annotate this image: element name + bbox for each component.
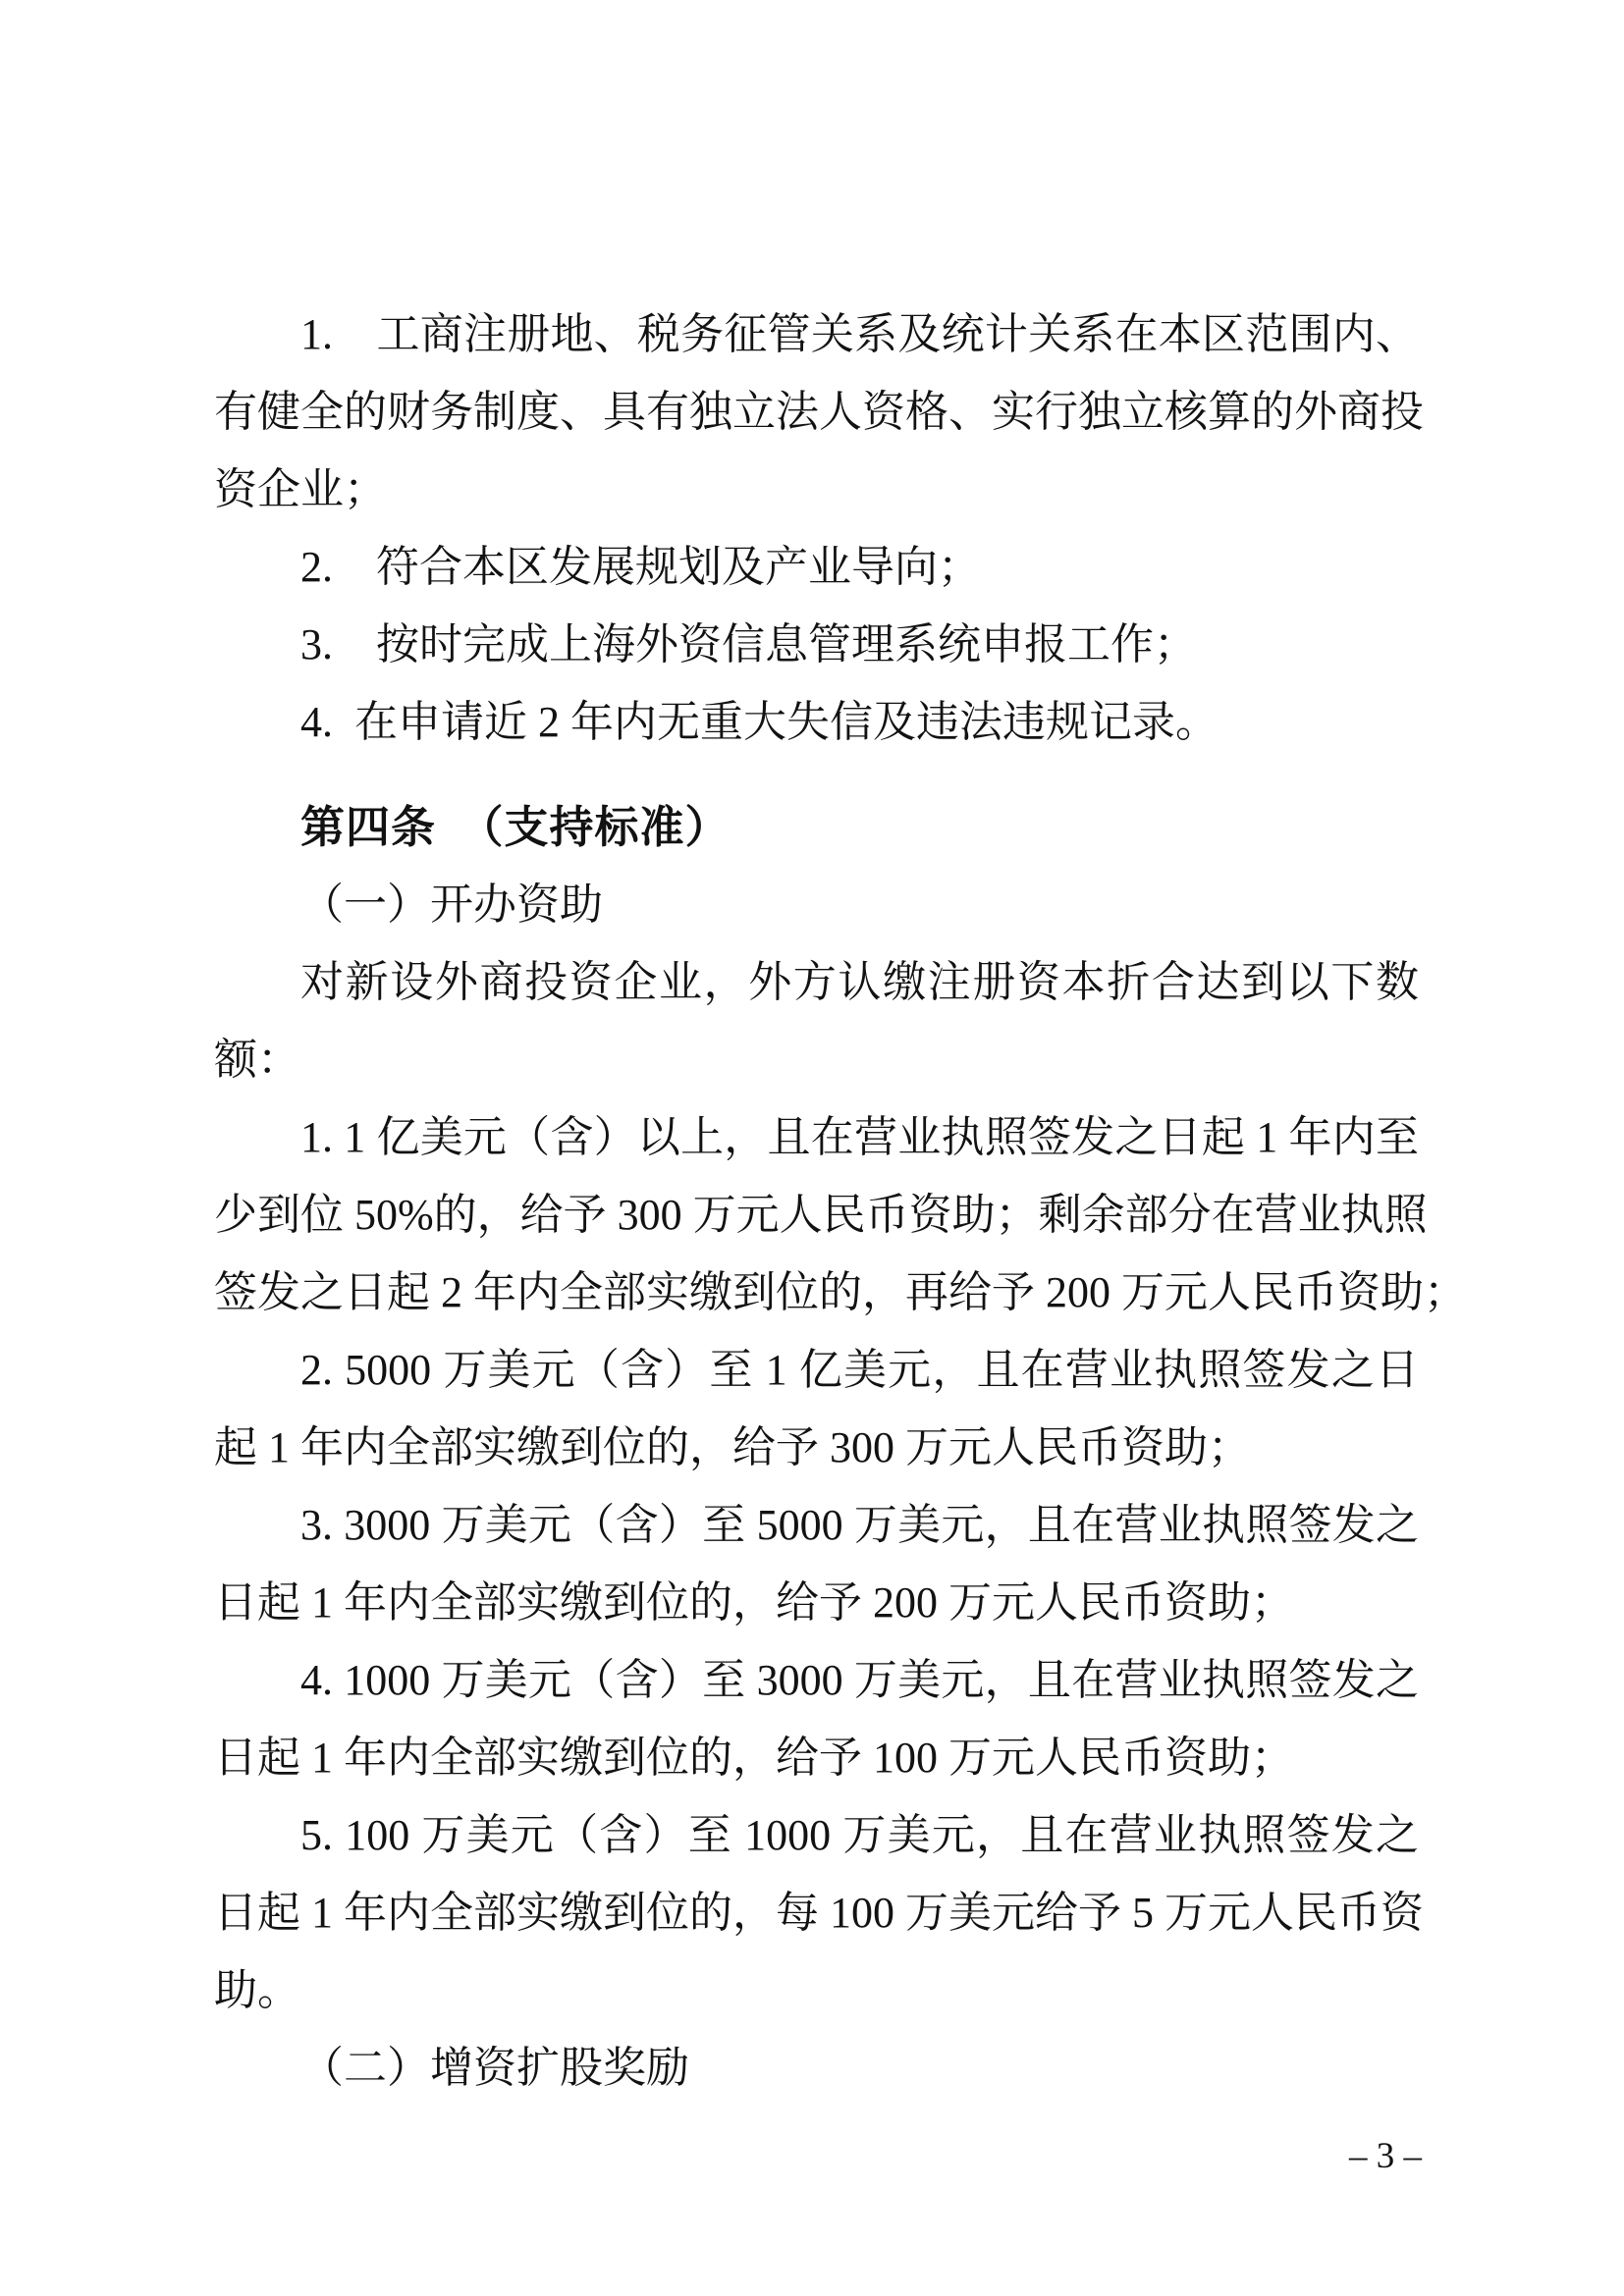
- document-line: 起 1 年内全部实缴到位的，给予 300 万元人民币资助；: [214, 1409, 1419, 1486]
- document-line: 日起 1 年内全部实缴到位的，给予 100 万元人民币资助；: [214, 1719, 1419, 1796]
- document-line: 5. 100 万美元（含）至 1000 万美元，且在营业执照签发之: [214, 1796, 1419, 1874]
- document-line: 资企业；: [214, 451, 1419, 528]
- document-line: 对新设外商投资企业，外方认缴注册资本折合达到以下数: [214, 943, 1419, 1021]
- document-line: 4. 1000 万美元（含）至 3000 万美元，且在营业执照签发之: [214, 1641, 1419, 1719]
- document-line: 3. 3000 万美元（含）至 5000 万美元，且在营业执照签发之: [214, 1486, 1419, 1564]
- document-line: 少到位 50%的，给予 300 万元人民币资助；剩余部分在营业执照: [214, 1176, 1419, 1254]
- page-number: – 3 –: [1349, 2135, 1422, 2178]
- document-line: 额：: [214, 1021, 1419, 1098]
- document-content: 1. 工商注册地、税务征管关系及统计关系在本区范围内、 有健全的财务制度、具有独…: [214, 295, 1419, 2107]
- document-line: 日起 1 年内全部实缴到位的，给予 200 万元人民币资助；: [214, 1564, 1419, 1641]
- document-line: 日起 1 年内全部实缴到位的，每 100 万美元给予 5 万元人民币资: [214, 1874, 1419, 1951]
- document-line: 2. 符合本区发展规划及产业导向；: [214, 528, 1419, 606]
- document-line: （一）开办资助: [214, 866, 1419, 943]
- document-line: 1. 工商注册地、税务征管关系及统计关系在本区范围内、: [214, 295, 1419, 373]
- document-line: 1. 1 亿美元（含）以上，且在营业执照签发之日起 1 年内至: [214, 1098, 1419, 1176]
- document-line: 4. 在申请近 2 年内无重大失信及违法违规记录。: [214, 683, 1419, 761]
- document-line: 签发之日起 2 年内全部实缴到位的，再给予 200 万元人民币资助；: [214, 1254, 1419, 1331]
- section-heading-article-4: 第四条 （支持标准）: [214, 788, 1419, 866]
- document-line: 有健全的财务制度、具有独立法人资格、实行独立核算的外商投: [214, 373, 1419, 451]
- document-page: 1. 工商注册地、税务征管关系及统计关系在本区范围内、 有健全的财务制度、具有独…: [0, 0, 1624, 2296]
- document-line: （二）增资扩股奖励: [214, 2029, 1419, 2107]
- document-line: 助。: [214, 1951, 1419, 2029]
- document-line: 2. 5000 万美元（含）至 1 亿美元，且在营业执照签发之日: [214, 1331, 1419, 1409]
- document-line: 3. 按时完成上海外资信息管理系统申报工作；: [214, 606, 1419, 683]
